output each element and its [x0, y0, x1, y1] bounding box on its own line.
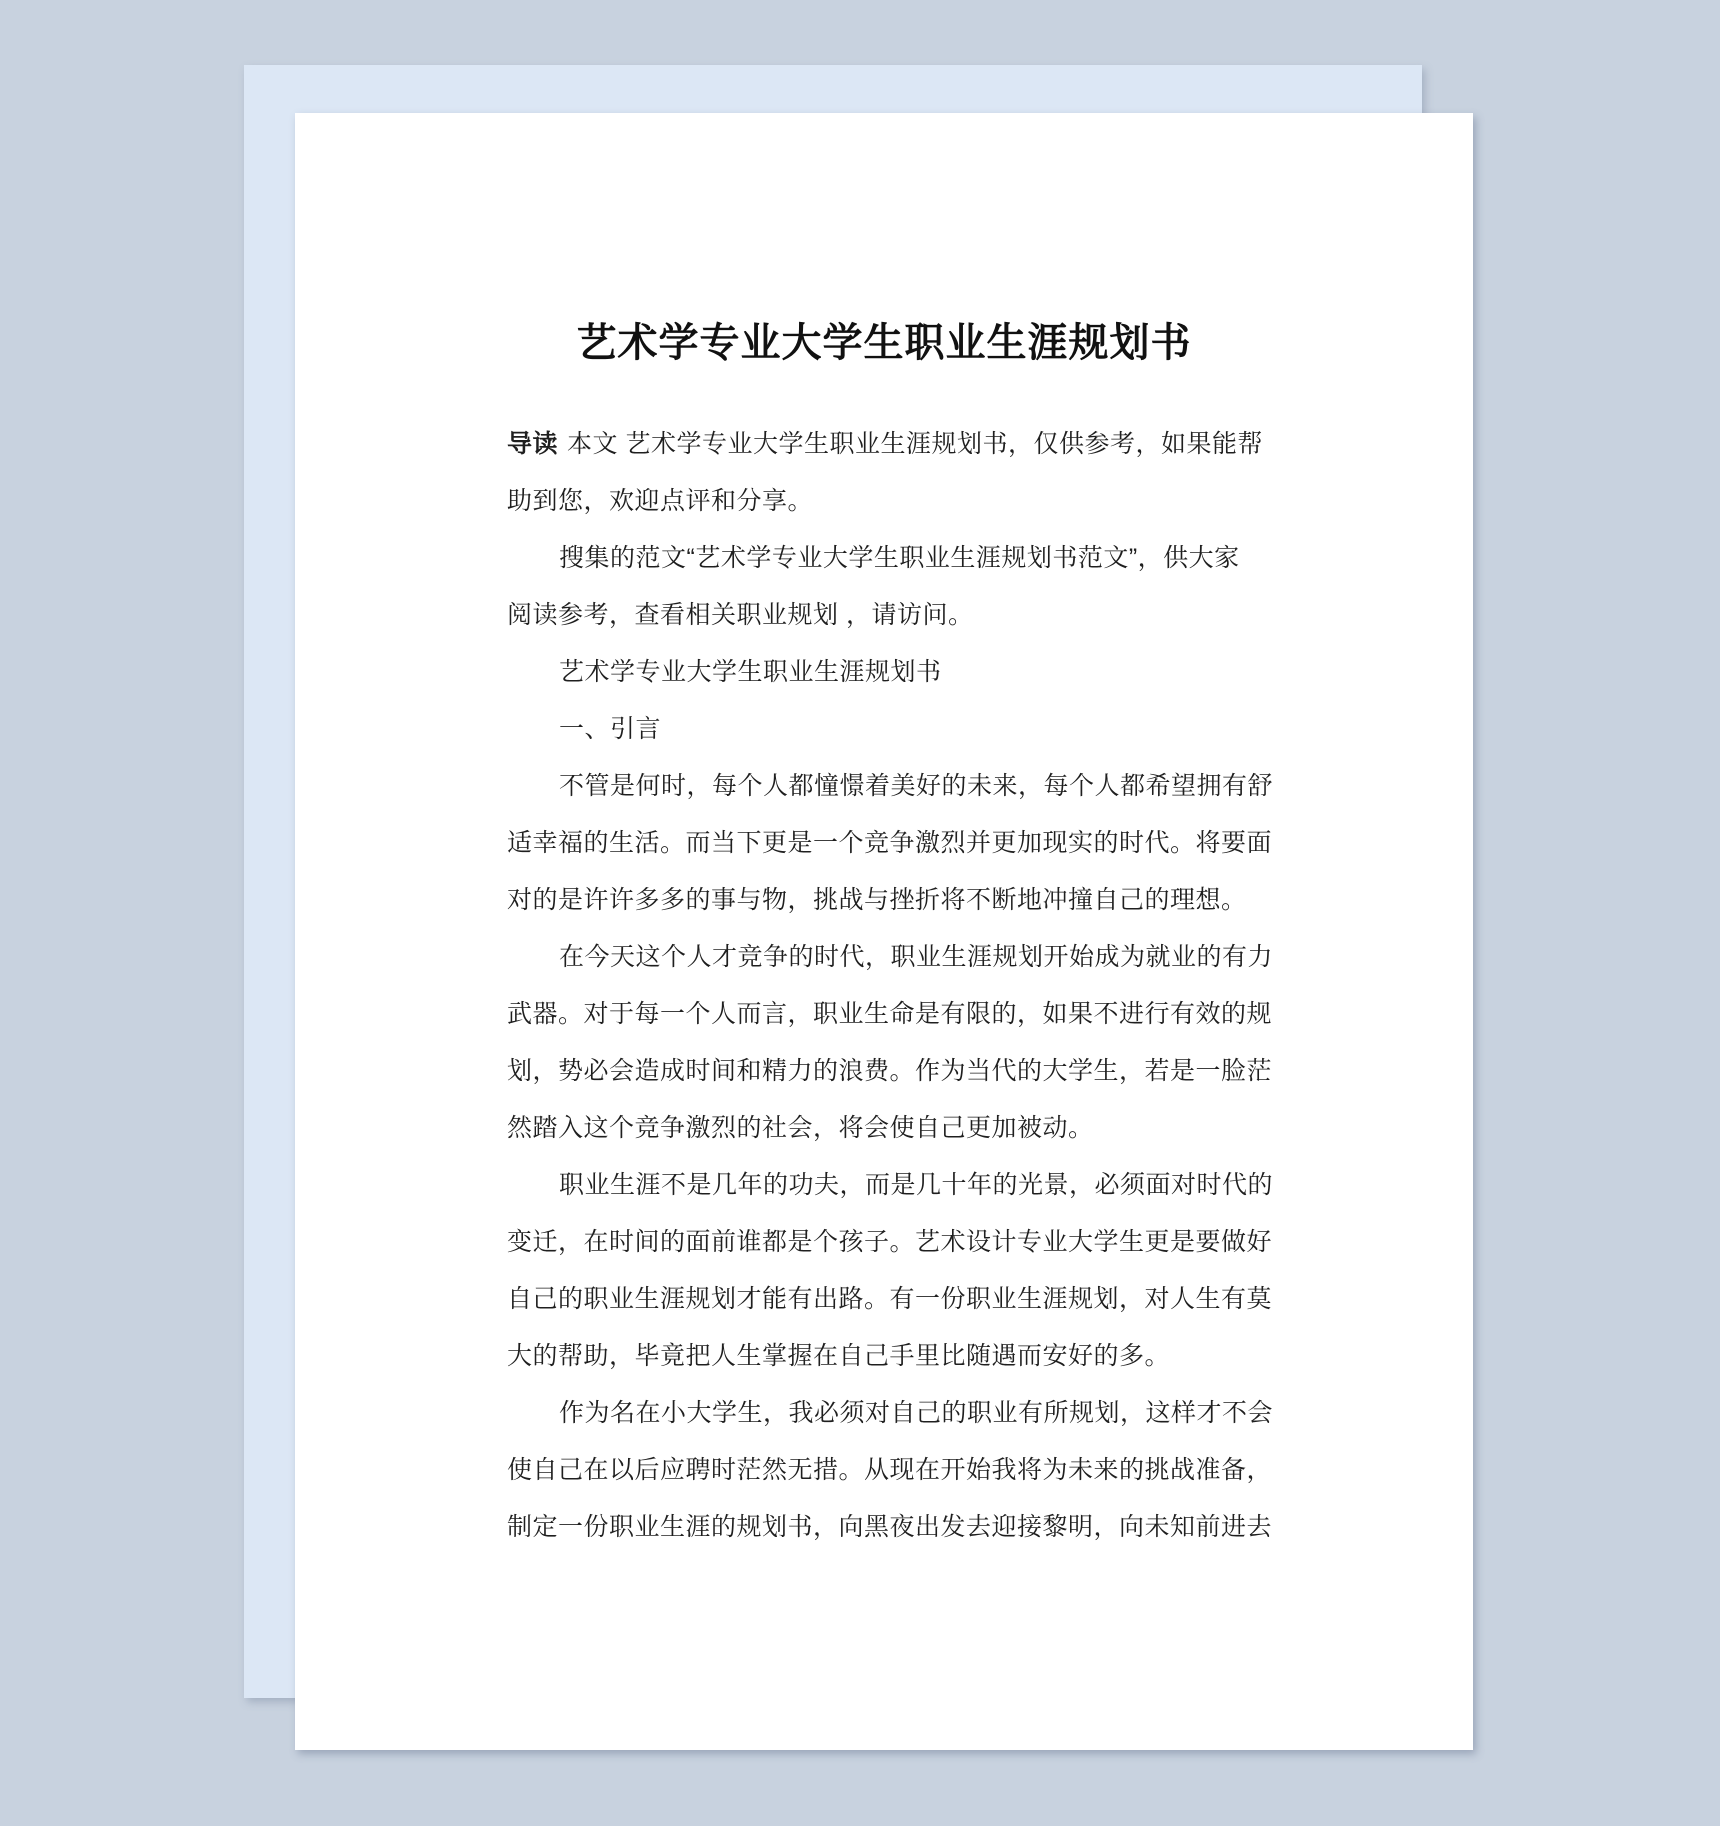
doc-line: 变迁，在时间的面前谁都是个孩子。艺术设计专业大学生更是要做好: [507, 1214, 1261, 1271]
doc-line: 阅读参考，查看相关职业规划 ，请访问。: [507, 587, 1261, 644]
desktop-background: 艺术学专业大学生职业生涯规划书 导读本文 艺术学专业大学生职业生涯规划书，仅供参…: [0, 0, 1720, 1826]
doc-line: 导读本文 艺术学专业大学生职业生涯规划书，仅供参考，如果能帮: [507, 416, 1261, 473]
doc-line: 大的帮助，毕竟把人生掌握在自己手里比随遇而安好的多。: [507, 1328, 1261, 1385]
doc-line: 不管是何时，每个人都憧憬着美好的未来，每个人都希望拥有舒: [507, 758, 1261, 815]
doc-line: 职业生涯不是几年的功夫，而是几十年的光景，必须面对时代的: [507, 1157, 1261, 1214]
doc-line: 一、引言: [507, 701, 1261, 758]
doc-line: 制定一份职业生涯的规划书，向黑夜出发去迎接黎明，向未知前进去: [507, 1499, 1261, 1556]
document-page: 艺术学专业大学生职业生涯规划书 导读本文 艺术学专业大学生职业生涯规划书，仅供参…: [295, 113, 1473, 1750]
document-body: 导读本文 艺术学专业大学生职业生涯规划书，仅供参考，如果能帮 助到您，欢迎点评和…: [507, 416, 1261, 1556]
doc-line: 然踏入这个竞争激烈的社会，将会使自己更加被动。: [507, 1100, 1261, 1157]
doc-line: 自己的职业生涯规划才能有出路。有一份职业生涯规划，对人生有莫: [507, 1271, 1261, 1328]
doc-line: 助到您，欢迎点评和分享。: [507, 473, 1261, 530]
document-title: 艺术学专业大学生职业生涯规划书: [507, 113, 1261, 367]
page-content: 艺术学专业大学生职业生涯规划书 导读本文 艺术学专业大学生职业生涯规划书，仅供参…: [295, 113, 1473, 1750]
doc-line-text: 本文 艺术学专业大学生职业生涯规划书，仅供参考，如果能帮: [567, 430, 1263, 458]
doc-line: 适幸福的生活。而当下更是一个竞争激烈并更加现实的时代。将要面: [507, 815, 1261, 872]
doc-line: 划，势必会造成时间和精力的浪费。作为当代的大学生，若是一脸茫: [507, 1043, 1261, 1100]
doc-line: 作为名在小大学生，我必须对自己的职业有所规划，这样才不会: [507, 1385, 1261, 1442]
doc-line: 艺术学专业大学生职业生涯规划书: [507, 644, 1261, 701]
doc-line: 搜集的范文“艺术学专业大学生职业生涯规划书范文”，供大家: [507, 530, 1261, 587]
lead-label: 导读: [507, 430, 558, 458]
doc-line: 在今天这个人才竞争的时代，职业生涯规划开始成为就业的有力: [507, 929, 1261, 986]
doc-line: 武器。对于每一个人而言，职业生命是有限的，如果不进行有效的规: [507, 986, 1261, 1043]
doc-line: 使自己在以后应聘时茫然无措。从现在开始我将为未来的挑战准备，: [507, 1442, 1261, 1499]
doc-line: 对的是许许多多的事与物，挑战与挫折将不断地冲撞自己的理想。: [507, 872, 1261, 929]
